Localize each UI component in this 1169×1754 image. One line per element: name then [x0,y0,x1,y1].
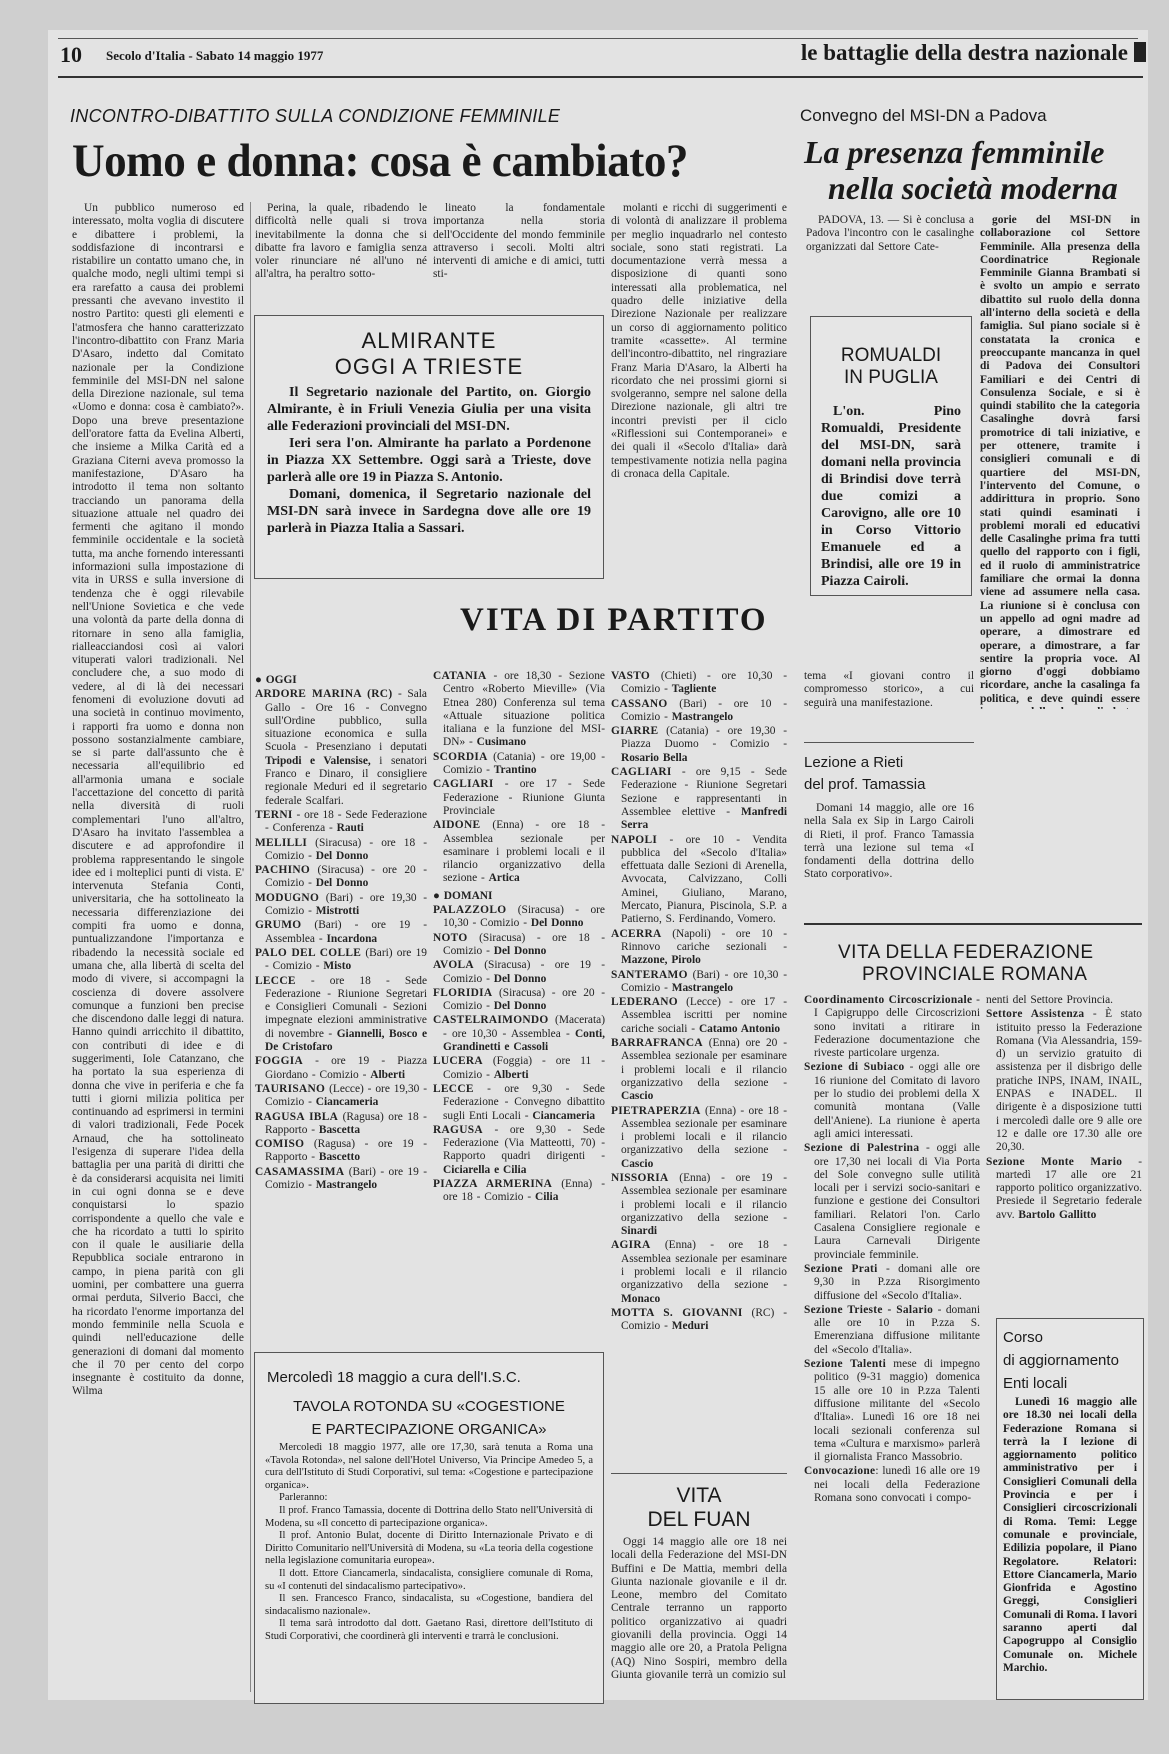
listing-entry: Sezione Talenti mese di impegno politico… [804,1358,980,1464]
listing-speaker: Del Donno [494,973,547,985]
page-number: 10 [60,42,82,68]
padova-lead: PADOVA, 13. — Si è conclusa a Padova l'i… [806,214,974,274]
listing-speaker: Del Donno [316,850,369,862]
listing-speaker: Ciancameria [532,1110,595,1122]
listing-entry: GRUMO (Bari) - ore 19 - Assemblea - Inca… [255,919,427,946]
listing-place: LECCE [433,1083,474,1095]
padova-headline-2: nella società moderna [828,170,1118,207]
listing-entry: CASAMASSIMA (Bari) - ore 19 - Comizio - … [255,1166,427,1193]
listing-place: AIDONE [433,819,480,831]
listing-entry: Sezione di Subiaco - oggi alle ore 16 ri… [804,1061,980,1141]
main-article-col1: Un pubblico numeroso ed interessato, mol… [72,202,244,1700]
padova-kicker: Convegno del MSI-DN a Padova [800,106,1047,126]
listing-entry: LUCERA (Foggia) - ore 11 - Comizio - Alb… [433,1055,605,1082]
corso-box: Corso di aggiornamento Enti locali Luned… [996,1318,1144,1700]
federazione-col1: Coordinamento Circoscrizionale - I Capig… [804,994,980,1700]
listing-place: Sezione Trieste - Salario [804,1304,933,1316]
rieti-title-2: del prof. Tamassia [804,776,925,793]
listing-entry: NOTO (Siracusa) - ore 18 - Comizio - Del… [433,932,605,959]
listing-entry: Convocazione: lunedì 16 alle ore 19 nei … [804,1465,980,1505]
listing-place: Convocazione [804,1465,875,1477]
listing-entry: AVOLA (Siracusa) - ore 19 - Comizio - De… [433,959,605,986]
listing-place: TAURISANO [255,1083,325,1095]
listing-entry: NISSORIA (Enna) - ore 19 - Assemblea sez… [611,1172,787,1238]
listing-place: FOGGIA [255,1055,303,1067]
isc-para: Mercoledì 18 maggio 1977, alle ore 17,30… [265,1442,593,1492]
listing-entry: Sezione Trieste - Salario - domani alle … [804,1304,980,1357]
listing-place: CATANIA [433,670,487,682]
listing-speaker: Alberti [494,1069,529,1081]
column-divider [250,202,251,1692]
listing-place: NOTO [433,932,468,944]
listing-place: PACHINO [255,864,310,876]
listing-speaker: Ciancameria [316,1096,379,1108]
fuan-body: Oggi 14 maggio alle ore 18 nei locali de… [611,1536,787,1700]
listing-entry: TERNI - ore 18 - Sede Federazione - Conf… [255,809,427,836]
listing-speaker: Rosario Bella [621,752,688,764]
listing-speaker: Del Donno [531,917,584,929]
main-article-col3: lineato la fondamentale importanza nella… [433,202,605,292]
listing-place: FLORIDIA [433,987,492,999]
listing-entry: nenti del Settore Provincia. [986,994,1142,1007]
section-title: le battaglie della destra nazionale [801,40,1128,66]
federazione-rule [804,923,1142,925]
listing-entry: Settore Assistenza - È stato istituito p… [986,1008,1142,1154]
listing-entry: RAGUSA IBLA (Ragusa) ore 18 - Rapporto -… [255,1111,427,1138]
padova-col2: gorie del MSI-DN in collaborazione col S… [980,214,1140,709]
corso-body: Lunedì 16 maggio alle ore 18.30 nei loca… [997,1392,1143,1679]
listing-entry: VASTO (Chieti) - ore 10,30 - Comizio - T… [611,670,787,697]
rieti-title-1: Lezione a Rieti [804,754,903,771]
listing-place: TERNI [255,809,293,821]
romualdi-title-1: ROMUALDI [811,345,971,367]
listing-entry: MOTTA S. GIOVANNI (RC) - Comizio - Medur… [611,1307,787,1334]
listing-place: MELILLI [255,837,307,849]
main-kicker: INCONTRO-DIBATTITO SULLA CONDIZIONE FEMM… [70,106,560,127]
vita-di-partito-col1: ● OGGIARDORE MARINA (RC) - Sala Gallo - … [255,670,427,1330]
listing-place: RAGUSA [433,1124,483,1136]
isc-para: Il sen. Francesco Franco, sindacalista, … [265,1593,593,1618]
padova-text: gorie del MSI-DN in collaborazione col S… [980,214,1140,709]
listing-place: Sezione Monte Mario [986,1156,1122,1168]
listing-speaker: Mastrangelo [316,1179,377,1191]
ornament-icon [1134,42,1146,62]
listing-speaker: Tagliente [672,683,717,695]
listing-place: Sezione Talenti [804,1358,886,1370]
listing-speaker: Bascetta [319,1124,360,1136]
listing-entry: NAPOLI - ore 10 - Vendita pubblica del «… [611,834,787,927]
listing-entry: FLORIDIA (Siracusa) - ore 20 - Comizio -… [433,987,605,1014]
listing-heading: ● DOMANI [433,890,605,903]
listing-speaker: Del Donno [494,945,547,957]
listing-place: ACERRA [611,928,662,940]
listing-entry: ACERRA (Napoli) - ore 10 - Rinnovo caric… [611,928,787,968]
listing-entry: Sezione di Palestrina - oggi alle ore 17… [804,1142,980,1262]
listing-speaker: Monaco [621,1293,660,1305]
listing-entry: CAGLIARI - ore 17 - Sede Federazione - R… [433,778,605,818]
listing-place: VASTO [611,670,650,682]
listing-place: MODUGNO [255,892,319,904]
isc-box: Mercoledì 18 maggio a cura dell'I.S.C. T… [254,1352,604,1704]
vita-di-partito-col4: tema «I giovani contro il compromesso st… [804,670,974,730]
almirante-title-1: ALMIRANTE [255,328,603,354]
listing-entry: CATANIA - ore 18,30 - Sezione Centro «Ro… [433,670,605,750]
listing-place: CAGLIARI [433,778,494,790]
isc-para: Il prof. Antonio Bulat, docente di Dirit… [265,1530,593,1568]
main-article-col4: molanti e ricchi di suggerimenti e di vo… [611,202,787,572]
listing-heading: ● OGGI [255,674,427,687]
listing-entry: MELILLI (Siracusa) - ore 18 - Comizio - … [255,837,427,864]
listing-entry: COMISO (Ragusa) - ore 19 - Rapporto - Ba… [255,1138,427,1165]
listing-entry: SCORDIA (Catania) - ore 19,00 - Comizio … [433,751,605,778]
rieti-text: Domani 14 maggio, alle ore 16 nella Sala… [804,802,974,882]
corso-title-1: Corso [1003,1329,1143,1346]
isc-para: Il prof. Franco Tamassia, docente di Dot… [265,1505,593,1530]
listing-speaker: Catamo Antonio [699,1023,780,1035]
listing-speaker: Cusimano [477,736,526,748]
listing-entry: AGIRA (Enna) - ore 18 - Assemblea sezion… [611,1239,787,1305]
listing-entry: FOGGIA - ore 19 - Piazza Giordano - Comi… [255,1055,427,1082]
padova-headline-1: La presenza femminile [804,134,1104,171]
corso-title-2: di aggiornamento [1003,1352,1143,1369]
listing-speaker: Manfredi Serra [621,806,787,831]
listing-place: CASAMASSIMA [255,1166,344,1178]
listing-entry: Sezione Monte Mario - martedì 17 alle or… [986,1156,1142,1222]
almirante-para: Domani, domenica, il Segretario nazional… [267,486,591,537]
listing-place: SANTERAMO [611,969,688,981]
main-article-text: Perina, la quale, ribadendo le difficolt… [255,202,427,282]
listing-place: COMISO [255,1138,304,1150]
listing-entry: BARRAFRANCA (Enna) ore 20 - Assemblea se… [611,1037,787,1103]
listing-speaker: Incardona [326,933,377,945]
listing-entry: GIARRE (Catania) - ore 19,30 - Piazza Du… [611,725,787,765]
listing-speaker: Rauti [337,822,364,834]
listing-speaker: Ciciarella e Cilia [443,1164,526,1176]
listing-place: MOTTA S. GIOVANNI [611,1307,743,1319]
listing-place: AGIRA [611,1239,650,1251]
isc-kicker: Mercoledì 18 maggio a cura dell'I.S.C. [267,1369,603,1386]
vita-di-partito-tail: tema «I giovani contro il compromesso st… [804,670,974,710]
listing-place: NISSORIA [611,1172,668,1184]
listing-entry: TAURISANO (Lecce) - ore 19,30 - Comizio … [255,1083,427,1110]
federazione-title-2: PROVINCIALE ROMANA [862,964,1087,986]
listing-entry: LEDERANO (Lecce) - ore 17 - Assemblea is… [611,996,787,1036]
listing-speaker: Alberti [370,1069,405,1081]
listing-place: PALAZZOLO [433,904,506,916]
vita-di-partito-title: VITA DI PARTITO [460,602,768,639]
main-article-text: Un pubblico numeroso ed interessato, mol… [72,202,244,1399]
vita-di-partito-col3: VASTO (Chieti) - ore 10,30 - Comizio - T… [611,670,787,1550]
listing-entry: PALO DEL COLLE (Bari) ore 19 - Comizio -… [255,947,427,974]
masthead-rule-top [58,38,1138,39]
listing-place: PIAZZA ARMERINA [433,1178,552,1190]
newspaper-page: 10 Secolo d'Italia - Sabato 14 maggio 19… [48,30,1148,1700]
masthead-rule-bottom [58,76,1143,78]
rieti-rule [804,742,974,743]
listing-place: BARRAFRANCA [611,1037,703,1049]
listing-speaker: Sinardi [621,1225,657,1237]
listing-place: GIARRE [611,725,658,737]
romualdi-box: ROMUALDI IN PUGLIA L'on. Pino Romualdi, … [810,316,972,596]
almirante-title-2: OGGI A TRIESTE [255,354,603,380]
romualdi-body: L'on. Pino Romualdi, Presidente del MSI-… [811,389,971,590]
isc-title-2: E PARTECIPAZIONE ORGANICA» [255,1421,603,1438]
listing-place: ARDORE MARINA (RC) [255,688,392,700]
fuan-rule [611,1473,787,1474]
listing-speaker: Trantino [494,764,537,776]
listing-speaker: Cilia [535,1191,558,1203]
listing-entry: PIAZZA ARMERINA (Enna) - ore 18 - Comizi… [433,1178,605,1205]
listing-place: GRUMO [255,919,301,931]
listing-entry: Coordinamento Circoscrizionale - I Capig… [804,994,980,1060]
listing-entry: MODUGNO (Bari) - ore 19,30 - Comizio - M… [255,892,427,919]
main-article-text: molanti e ricchi di suggerimenti e di vo… [611,202,787,481]
listing-entry: PACHINO (Siracusa) - ore 20 - Comizio - … [255,864,427,891]
listing-speaker: Mazzone, Pirolo [621,954,701,966]
rieti-body: Domani 14 maggio, alle ore 16 nella Sala… [804,802,974,902]
listing-place: LEDERANO [611,996,678,1008]
listing-place: Settore Assistenza [986,1008,1084,1020]
listing-speaker: Bartolo Gallitto [1018,1209,1096,1221]
fuan-title-2: DEL FUAN [611,1508,787,1532]
listing-place: Coordinamento Circoscrizionale [804,994,972,1006]
listing-place: CASTELRAIMONDO [433,1014,549,1026]
listing-speaker: Mastrangelo [672,982,733,994]
corso-title-3: Enti locali [1003,1375,1143,1392]
listing-place: SCORDIA [433,751,488,763]
listing-entry: CASTELRAIMONDO (Macerata) - ore 10,30 - … [433,1014,605,1054]
listing-place: Sezione Prati [804,1263,878,1275]
listing-speaker: Giannelli, Bosco e De Cristofaro [265,1028,427,1053]
isc-para: Il tema sarà introdotto dal dott. Gaetan… [265,1618,593,1643]
main-headline: Uomo e donna: cosa è cambiato? [72,134,688,188]
listing-entry: LECCE - ore 9,30 - Sede Federazione - Co… [433,1083,605,1123]
padova-lead-text: PADOVA, 13. — Si è conclusa a Padova l'i… [806,214,974,254]
federazione-col2: nenti del Settore Provincia.Settore Assi… [986,994,1142,1254]
listing-speaker: Cascio [621,1158,653,1170]
listing-entry: ARDORE MARINA (RC) - Sala Gallo - Ore 16… [255,688,427,808]
listing-entry: AIDONE (Enna) - ore 18 - Assemblea sezio… [433,819,605,885]
listing-entry: SANTERAMO (Bari) - ore 10,30 - Comizio -… [611,969,787,996]
listing-speaker: Artica [489,872,520,884]
listing-place: LECCE [255,975,296,987]
romualdi-title-2: IN PUGLIA [811,367,971,389]
main-article-col2: Perina, la quale, ribadendo le difficolt… [255,202,427,292]
listing-place: Sezione di Subiaco [804,1061,904,1073]
listing-entry: LECCE - ore 18 - Sede Federazione - Riun… [255,975,427,1055]
isc-para: Parleranno: [265,1492,593,1505]
listing-speaker: Del Donno [494,1000,547,1012]
listing-place: LUCERA [433,1055,483,1067]
listing-place: CAGLIARI [611,766,672,778]
listing-place: CASSANO [611,698,668,710]
listing-entry: CASSANO (Bari) - ore 10 - Comizio - Mast… [611,698,787,725]
listing-speaker: Conti, Grandinetti e Cassoli [443,1028,605,1053]
isc-para: Il dott. Ettore Ciancamerla, sindacalist… [265,1568,593,1593]
listing-speaker: Mistrotti [316,905,359,917]
vita-di-partito-col2: CATANIA - ore 18,30 - Sezione Centro «Ro… [433,670,605,1330]
isc-title-1: TAVOLA ROTONDA SU «COGESTIONE [255,1398,603,1415]
main-article-text: lineato la fondamentale importanza nella… [433,202,605,282]
listing-speaker: Meduri [672,1320,709,1332]
fuan-title-1: VITA [611,1484,787,1508]
listing-place: AVOLA [433,959,474,971]
listing-place: Sezione di Palestrina [804,1142,919,1154]
listing-speaker: Mastrangelo [672,711,733,723]
listing-place: PIETRAPERZIA [611,1105,701,1117]
federazione-title-1: VITA DELLA FEDERAZIONE [838,942,1094,964]
listing-speaker: Tripodi e Valensise, [265,755,371,767]
almirante-box: ALMIRANTE OGGI A TRIESTE Il Segretario n… [254,315,604,579]
fuan-text: Oggi 14 maggio alle ore 18 nei locali de… [611,1536,787,1682]
listing-speaker: Misto [323,960,351,972]
listing-entry: RAGUSA - ore 9,30 - Sede Federazione (Vi… [433,1124,605,1177]
almirante-para: Il Segretario nazionale del Partito, on.… [267,384,591,435]
listing-entry: PALAZZOLO (Siracusa) - ore 10,30 - Comiz… [433,904,605,931]
listing-speaker: Cascio [621,1090,653,1102]
paper-date: Secolo d'Italia - Sabato 14 maggio 1977 [106,48,323,64]
almirante-para: Ieri sera l'on. Almirante ha parlato a P… [267,435,591,486]
listing-place: RAGUSA IBLA [255,1111,338,1123]
listing-speaker: Bascetto [319,1151,360,1163]
listing-entry: Sezione Prati - domani alle ore 9,30 in … [804,1263,980,1303]
listing-entry: CAGLIARI - ore 9,15 - Sede Federazione -… [611,766,787,832]
listing-place: PALO DEL COLLE [255,947,361,959]
listing-speaker: Del Donno [316,877,369,889]
listing-entry: PIETRAPERZIA (Enna) - ore 18 - Assemblea… [611,1105,787,1171]
listing-place: NAPOLI [611,834,657,846]
